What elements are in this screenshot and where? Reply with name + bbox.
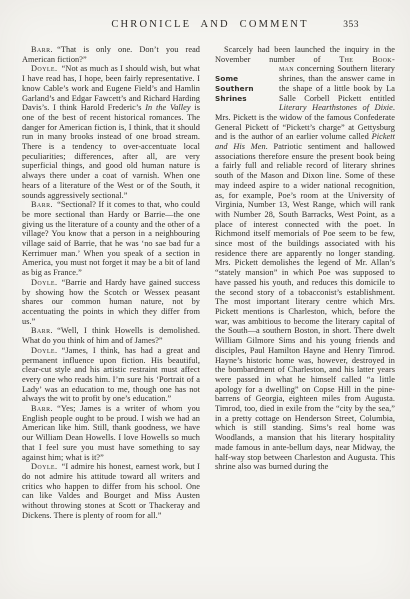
small-caps-text: The Book- bbox=[339, 55, 395, 64]
italic-title: Literary Hearthstones of Dixie bbox=[279, 103, 393, 112]
speaker-name: Doyle. bbox=[31, 346, 57, 355]
dialogue-paragraph: Doyle. “Barrie and Hardy have gained suc… bbox=[22, 278, 200, 327]
small-caps-text: man bbox=[279, 64, 294, 73]
italic-title: In the Valley bbox=[145, 103, 190, 112]
left-column: Barr. “That is only one. Don’t you read … bbox=[22, 45, 200, 593]
dialogue-paragraph: Barr. “Well, I think Howells is demolish… bbox=[22, 326, 200, 345]
dialogue-paragraph: Barr. “That is only one. Don’t you read … bbox=[22, 45, 200, 64]
page-header: CHRONICLE AND COMMENT 353 bbox=[0, 0, 410, 34]
speaker-name: Doyle. bbox=[31, 278, 57, 287]
dialogue-paragraph: Barr. “Yes; James is a writer of whom yo… bbox=[22, 404, 200, 462]
speaker-name: Barr. bbox=[31, 404, 53, 413]
southern-shrines-paragraph: Some Southern Shrines man concerning Sou… bbox=[215, 64, 395, 472]
running-title: CHRONICLE AND COMMENT bbox=[111, 19, 308, 30]
right-column: Scarcely had been launched the inquiry i… bbox=[215, 45, 395, 593]
dialogue-paragraph: Doyle. “I admire his honest, earnest wor… bbox=[22, 462, 200, 520]
paragraph-body: man concerning Southern literary shrines… bbox=[215, 64, 395, 471]
sidebar-heading-line-2: Shrines bbox=[215, 94, 275, 104]
speaker-name: Barr. bbox=[31, 45, 53, 54]
paragraph-opening: Scarcely had been launched the inquiry i… bbox=[215, 45, 395, 64]
dialogue-paragraph: Doyle. “Not as much as I should wish, bu… bbox=[22, 64, 200, 200]
speaker-name: Barr. bbox=[31, 326, 53, 335]
two-column-text-area: Barr. “That is only one. Don’t you read … bbox=[22, 45, 395, 593]
speaker-name: Barr. bbox=[31, 200, 53, 209]
body-text: “Sectional? If it comes to that, who cou… bbox=[22, 200, 200, 277]
page-number: 353 bbox=[343, 20, 359, 30]
body-text: is one of the best of recent historical … bbox=[22, 103, 200, 199]
body-text: . Patriotic sentiment and hallowed assoc… bbox=[215, 142, 395, 471]
speaker-name: Doyle. bbox=[31, 462, 57, 471]
dialogue-paragraph: Barr. “Sectional? If it comes to that, w… bbox=[22, 200, 200, 278]
book-page: CHRONICLE AND COMMENT 353 Barr. “That is… bbox=[0, 0, 410, 599]
dialogue-paragraph: Doyle. “James, I think, has had a great … bbox=[22, 346, 200, 404]
sidebar-heading-some-southern-shrines: Some Southern Shrines bbox=[215, 64, 275, 103]
sidebar-heading-line-1: Some Southern bbox=[215, 74, 275, 93]
speaker-name: Doyle. bbox=[31, 64, 57, 73]
body-text: concerning Southern literary shrines, th… bbox=[279, 64, 395, 102]
